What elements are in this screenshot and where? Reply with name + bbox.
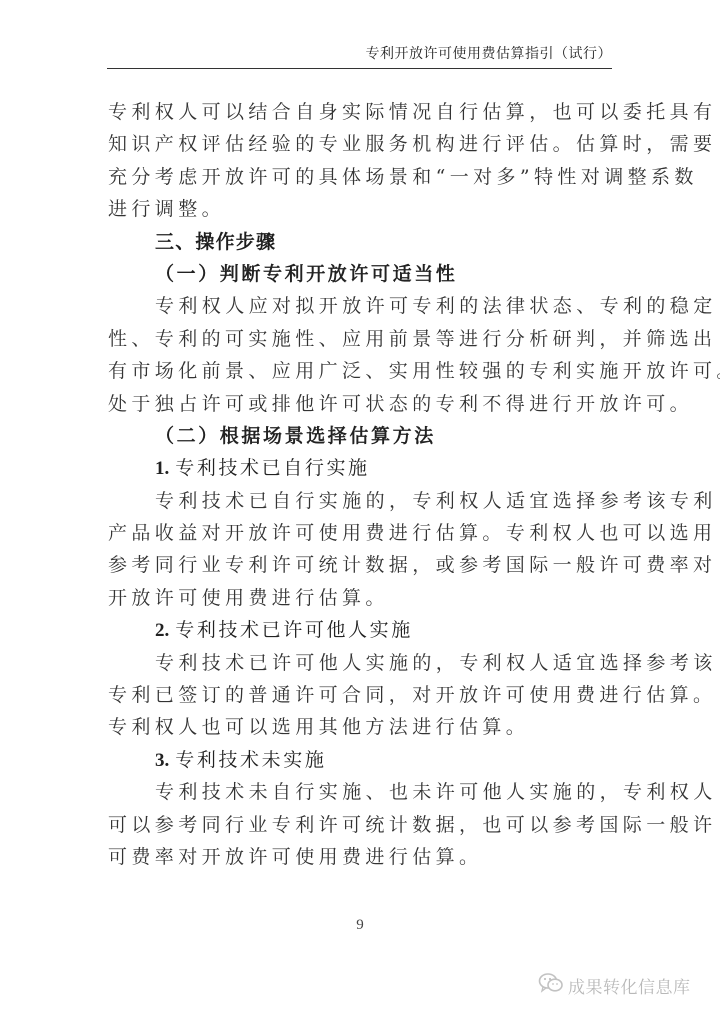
paragraph-line: 专利技术已许可他人实施的，专利权人适宜选择参考该: [108, 647, 628, 679]
running-header: 专利开放许可使用费估算指引（试行）: [107, 44, 612, 64]
paragraph-line: 开放许可使用费进行估算。: [108, 582, 628, 614]
paragraph-line: 专利权人应对拟开放许可专利的法律状态、专利的稳定: [108, 290, 628, 322]
item-title: 专利技术已自行实施: [175, 457, 369, 479]
watermark-text: 成果转化信息库: [568, 973, 691, 998]
item-heading: 3.专利技术未实施: [108, 744, 628, 776]
paragraph-line: 有市场化前景、应用广泛、实用性较强的专利实施开放许可。: [108, 355, 628, 387]
item-number: 1.: [155, 458, 169, 479]
section-heading: 三、操作步骤: [108, 226, 628, 258]
paragraph-line: 专利权人可以结合自身实际情况自行估算，也可以委托具有: [108, 96, 628, 128]
item-heading: 2.专利技术已许可他人实施: [108, 614, 628, 646]
paragraph-line: 专利已签订的普通许可合同，对开放许可使用费进行估算。: [108, 679, 628, 711]
paragraph-line: 可费率对开放许可使用费进行估算。: [108, 841, 628, 873]
paragraph-line: 专利技术已自行实施的，专利权人适宜选择参考该专利: [108, 485, 628, 517]
paragraph-line: 可以参考同行业专利许可统计数据，也可以参考国际一般许: [108, 809, 628, 841]
paragraph-line: 知识产权评估经验的专业服务机构进行评估。估算时，需要: [108, 128, 628, 160]
page-number: 9: [0, 917, 720, 934]
paragraph-line: 参考同行业专利许可统计数据，或参考国际一般许可费率对: [108, 549, 628, 581]
paragraph-line: 充分考虑开放许可的具体场景和“一对多”特性对调整系数: [108, 161, 628, 193]
item-title: 专利技术已许可他人实施: [175, 619, 413, 641]
document-body: 专利权人可以结合自身实际情况自行估算，也可以委托具有知识产权评估经验的专业服务机…: [108, 96, 628, 873]
watermark: 成果转化信息库: [538, 972, 691, 999]
paragraph-line: 处于独占许可或排他许可状态的专利不得进行开放许可。: [108, 388, 628, 420]
subsection-heading: （一）判断专利开放许可适当性: [108, 258, 628, 290]
paragraph-line: 专利技术未自行实施、也未许可他人实施的，专利权人: [108, 776, 628, 808]
paragraph-line: 进行调整。: [108, 193, 628, 225]
item-title: 专利技术未实施: [175, 749, 326, 771]
item-number: 3.: [155, 750, 169, 771]
paragraph-line: 性、专利的可实施性、应用前景等进行分析研判，并筛选出: [108, 323, 628, 355]
paragraph-line: 产品收益对开放许可使用费进行估算。专利权人也可以选用: [108, 517, 628, 549]
header-rule: [107, 68, 612, 69]
item-heading: 1.专利技术已自行实施: [108, 452, 628, 484]
paragraph-line: 专利权人也可以选用其他方法进行估算。: [108, 711, 628, 743]
subsection-heading: （二）根据场景选择估算方法: [108, 420, 628, 452]
wechat-icon: [538, 972, 568, 999]
item-number: 2.: [155, 620, 169, 641]
